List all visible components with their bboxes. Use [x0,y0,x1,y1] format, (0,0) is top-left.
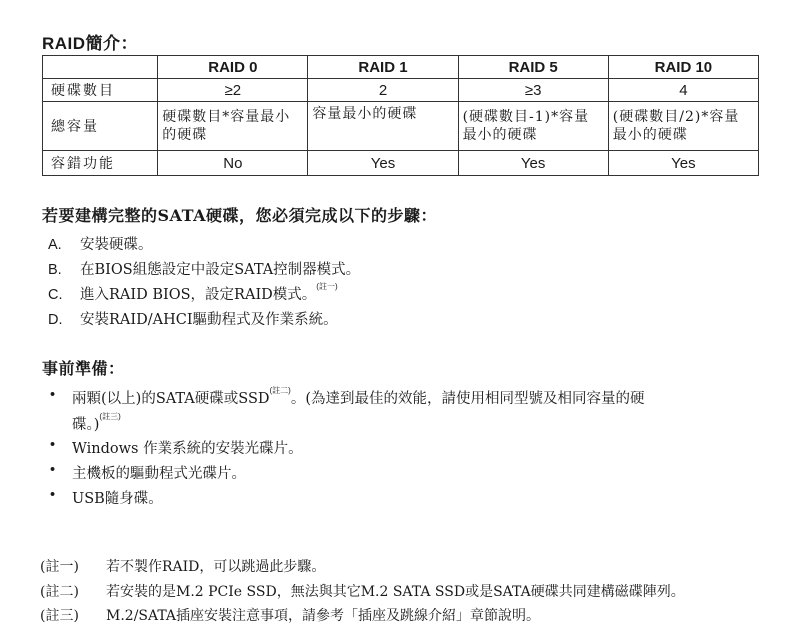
step-item: D.安裝RAID/AHCI驅動程式及作業系統。 [48,308,338,329]
step-item: C.進入RAID BIOS，設定RAID模式。(註一) [48,283,338,304]
table-header-raid0: RAID 0 [158,56,308,79]
step-label: D. [48,312,80,328]
table-cell: ≥3 [458,79,608,102]
prep-text: 。(為達到最佳的效能，請使用相同型號及相同容量的硬 [291,391,645,407]
footnote-text: M.2/SATA插座安裝注意事項，請參考「插座及跳線介紹」章節說明。 [106,608,540,624]
prep-text: 碟。) [72,417,99,433]
step-label: A. [48,237,80,253]
prep-item: • USB隨身碟。 [50,487,163,508]
prep-item: • 兩顆(以上)的SATA硬碟或SSD(註二)。(為達到最佳的效能，請使用相同型… [50,387,780,434]
footnote-text: 若不製作RAID，可以跳過此步驟。 [106,559,325,575]
step-text: 在BIOS組態設定中設定SATA控制器模式。 [80,262,360,278]
footnote-ref: (註二) [270,386,291,395]
footnote-text: 若安裝的是M.2 PCIe SSD，無法與其它M.2 SATA SSD或是SAT… [106,584,685,600]
prep-title: 事前準備： [42,356,125,379]
steps-title: 若要建構完整的SATA硬碟，您必須完成以下的步驟： [42,203,437,226]
prep-text: 主機板的驅動程式光碟片。 [72,466,246,482]
table-cell: 2 [308,79,458,102]
step-label: C. [48,287,80,303]
table-cell: ≥2 [158,79,308,102]
table-cell: 硬碟數目*容量最小的硬碟 [158,102,308,151]
bullet-icon: • [50,487,55,503]
footnote-tag: (註三) [40,605,106,625]
step-label: B. [48,262,80,278]
row-label-capacity: 總容量 [43,102,158,151]
table-cell: 容量最小的硬碟 [308,102,458,151]
raid-intro-title: RAID簡介： [42,29,138,54]
table-header-empty [43,56,158,79]
prep-text: Windows 作業系統的安裝光碟片。 [72,441,303,457]
footnote-ref: (註一) [316,282,337,291]
table-row: 硬碟數目 ≥2 2 ≥3 4 [43,79,759,102]
table-header-raid10: RAID 10 [608,56,758,79]
footnote-tag: (註二) [40,581,106,601]
step-text: 進入RAID BIOS，設定RAID模式。 [80,287,316,303]
footnote: (註二)若安裝的是M.2 PCIe SSD，無法與其它M.2 SATA SSD或… [40,581,685,601]
step-item: A.安裝硬碟。 [48,233,153,254]
table-cell: 4 [608,79,758,102]
table-cell: No [158,151,308,176]
table-cell: (硬碟數目/2)*容量最小的硬碟 [608,102,758,151]
step-text: 安裝硬碟。 [80,237,153,253]
prep-text: 兩顆(以上)的SATA硬碟或SSD [72,391,270,407]
table-header-raid5: RAID 5 [458,56,608,79]
table-header-raid1: RAID 1 [308,56,458,79]
prep-item: • 主機板的驅動程式光碟片。 [50,462,246,483]
step-item: B.在BIOS組態設定中設定SATA控制器模式。 [48,258,360,279]
table-cell: Yes [458,151,608,176]
raid-comparison-table: RAID 0 RAID 1 RAID 5 RAID 10 硬碟數目 ≥2 2 ≥… [42,55,759,176]
footnote: (註一)若不製作RAID，可以跳過此步驟。 [40,556,325,576]
row-label-disk-count: 硬碟數目 [43,79,158,102]
table-row: 總容量 硬碟數目*容量最小的硬碟 容量最小的硬碟 (硬碟數目-1)*容量最小的硬… [43,102,759,151]
table-cell: (硬碟數目-1)*容量最小的硬碟 [458,102,608,151]
table-row: 容錯功能 No Yes Yes Yes [43,151,759,176]
footnote: (註三)M.2/SATA插座安裝注意事項，請參考「插座及跳線介紹」章節說明。 [40,605,540,625]
prep-text: USB隨身碟。 [72,491,163,507]
bullet-icon: • [50,387,55,403]
bullet-icon: • [50,437,55,453]
table-header-row: RAID 0 RAID 1 RAID 5 RAID 10 [43,56,759,79]
table-cell: Yes [608,151,758,176]
footnote-tag: (註一) [40,556,106,576]
row-label-fault-tolerance: 容錯功能 [43,151,158,176]
table-cell: Yes [308,151,458,176]
prep-item: • Windows 作業系統的安裝光碟片。 [50,437,303,458]
bullet-icon: • [50,462,55,478]
footnote-ref: (註三) [99,412,120,421]
step-text: 安裝RAID/AHCI驅動程式及作業系統。 [80,312,338,328]
